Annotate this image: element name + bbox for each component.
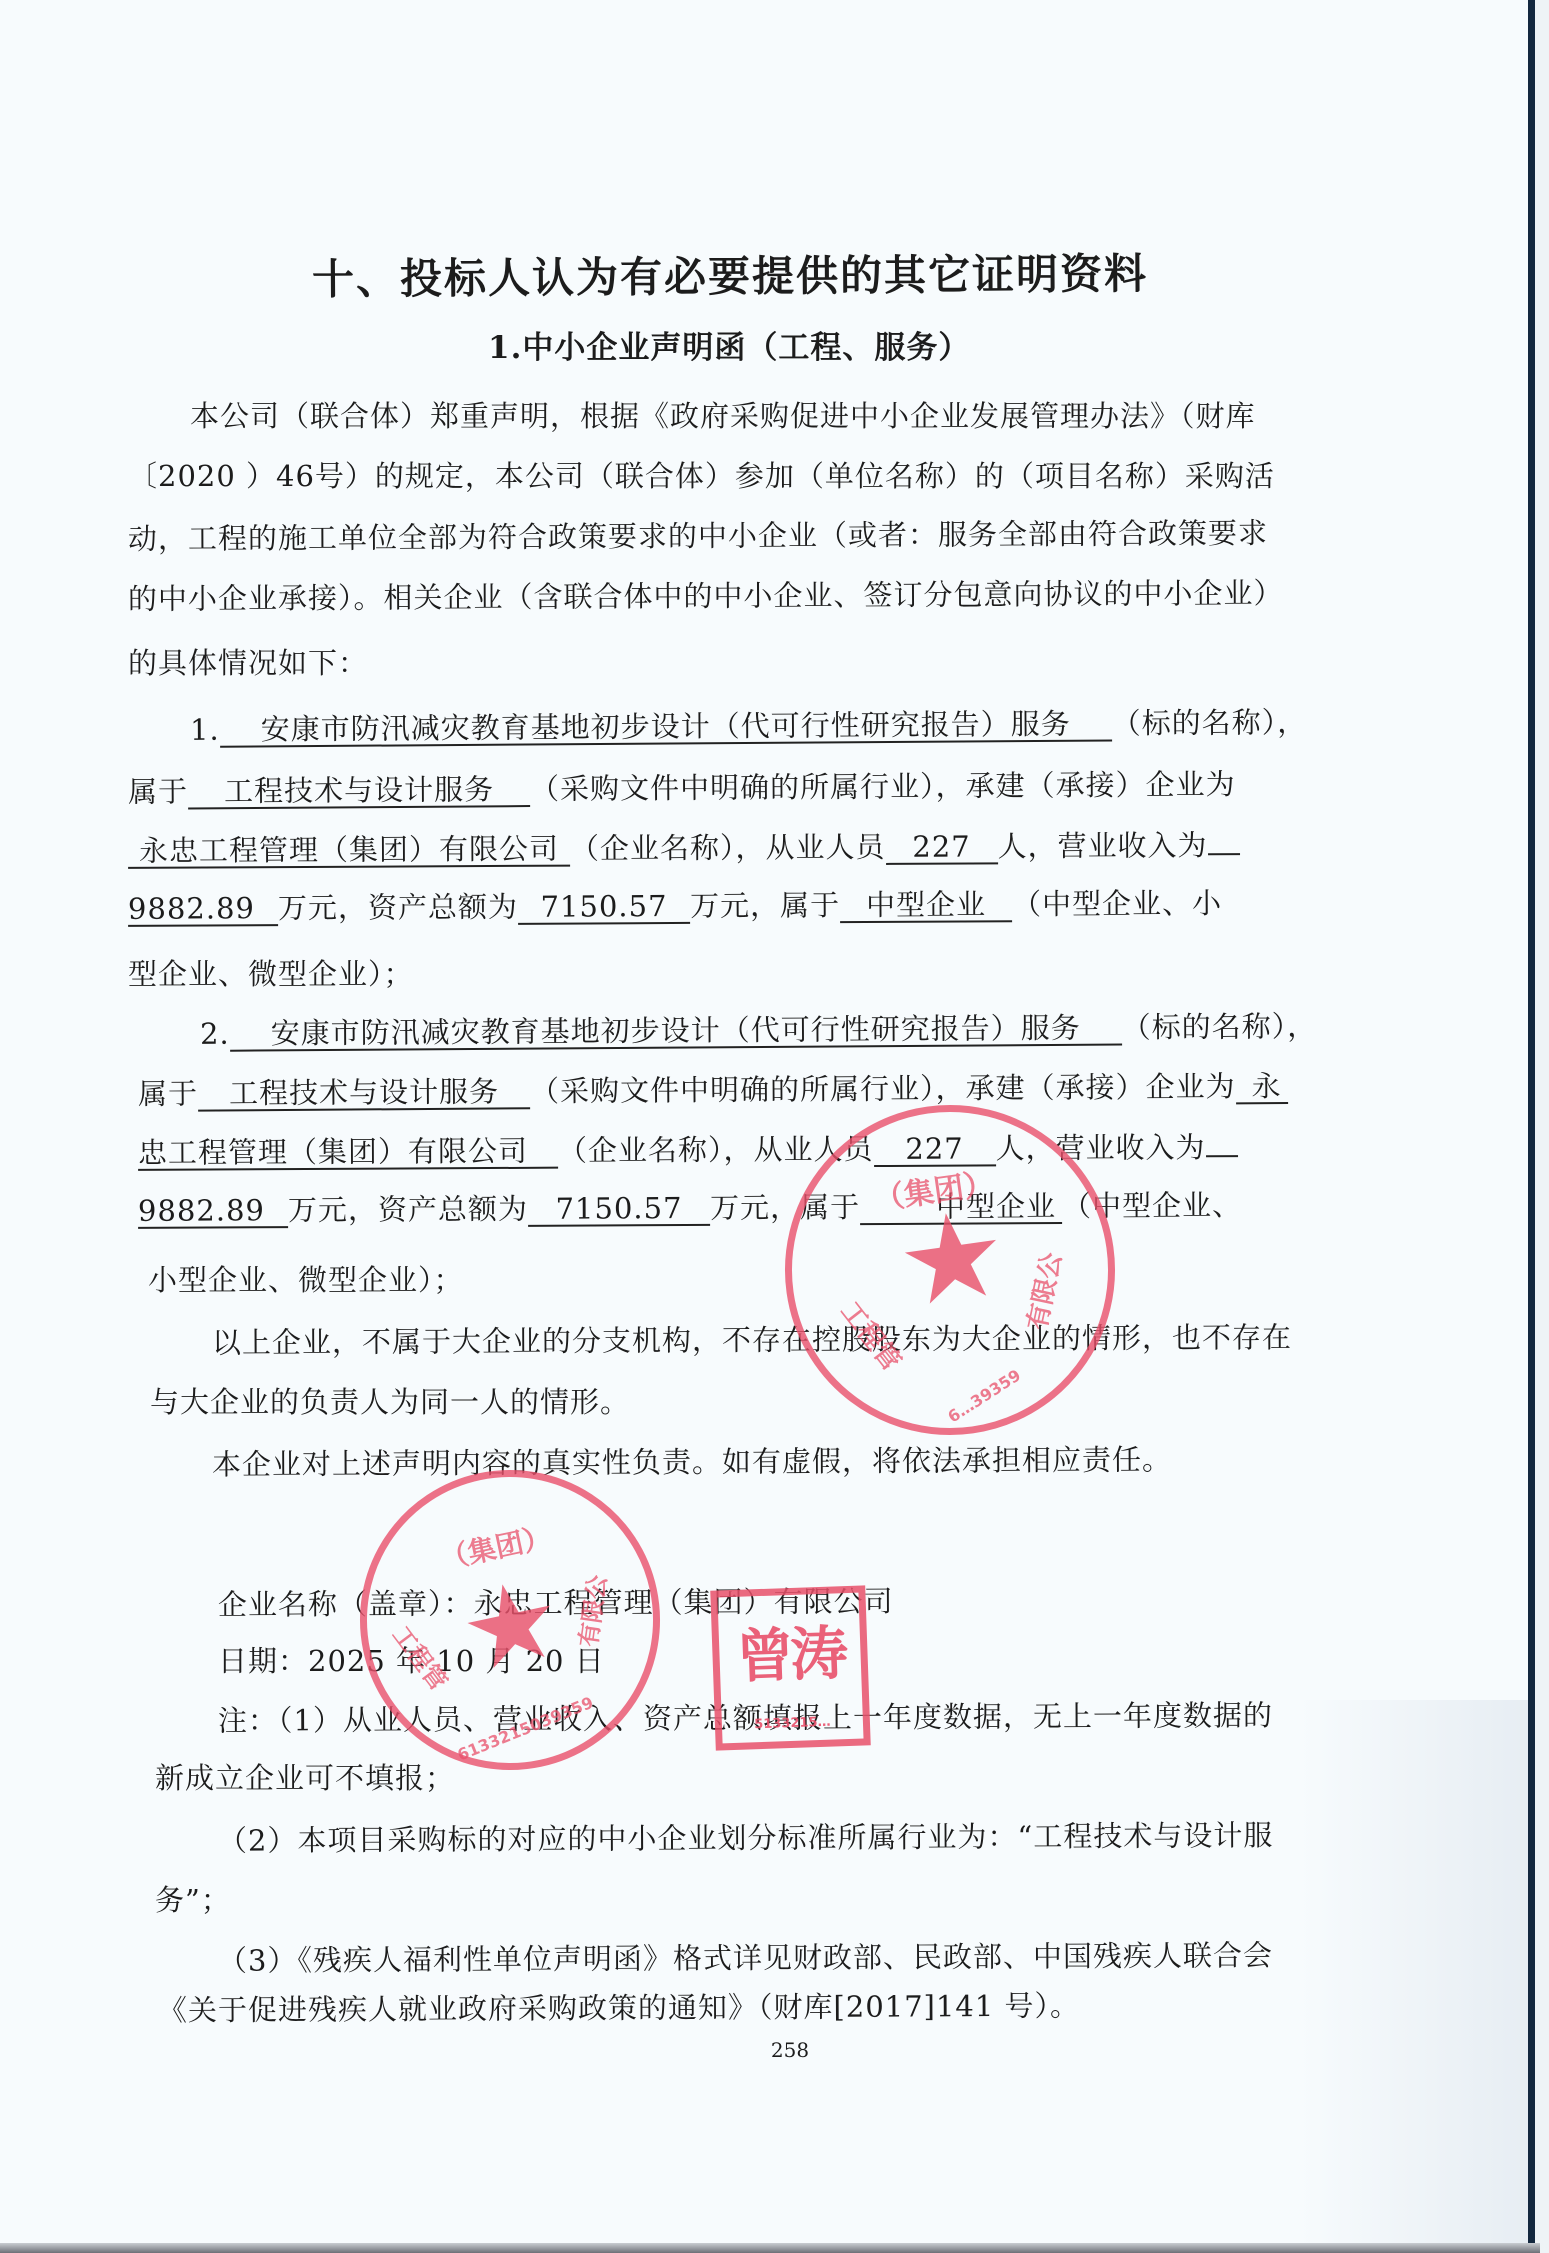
intro-line-3: 动，工程的施工单位全部为符合政策要求的中小企业（或者：服务全部由符合政策要求 [128, 515, 1268, 557]
item-2-company-part1: 永 [1235, 1070, 1287, 1104]
bottom-shadow [0, 2243, 1540, 2253]
personal-seal: 曾涛 5133215… [710, 1585, 870, 1750]
item-1-employees-suffix: 人，营业收入为 [997, 828, 1207, 863]
intro-line-2: 〔2020 ）46号）的规定，本公司（联合体）参加（单位名称）的（项目名称）采购… [128, 458, 1275, 494]
statement-line-3: 本企业对上述声明内容的真实性负责。如有虚假，将依法承担相应责任。 [212, 1441, 1172, 1482]
item-1-assets: 7150.57 [518, 890, 690, 925]
page-edge-line [1528, 0, 1535, 2253]
company-seal-upper: ★ （集团） 工程管 有限公 6…39359 [764, 1084, 1137, 1457]
item-1-number: 1. [190, 713, 220, 747]
item-1-revenue-blank [1208, 853, 1240, 855]
item-2-line-1: 2.安康市防汛减灾教育基地初步设计（代可行性研究报告）服务（标的名称）， [200, 1008, 1317, 1052]
item-1-industry: 工程技术与设计服务 [188, 773, 530, 809]
item-2-revenue-suffix: 万元，资产总额为 [288, 1192, 528, 1227]
note-2-line-2: 务”； [155, 1882, 231, 1918]
item-1-line-5: 型企业、微型企业）； [128, 956, 414, 992]
item-1-employees: 227 [885, 830, 997, 865]
item-2-belongs: 属于 [138, 1077, 198, 1111]
intro-line-1: 本公司（联合体）郑重声明，根据《政府采购促进中小企业发展管理办法》（财库 [190, 398, 1256, 434]
intro-line-4: 的中小企业承接）。相关企业（含联合体中的中小企业、签订分包意向协议的中小企业） [128, 575, 1284, 617]
item-2-project-name: 安康市防汛减灾教育基地初步设计（代可行性研究报告）服务 [230, 1011, 1122, 1051]
note-2-line-1: （2）本项目采购标的对应的中小企业划分标准所属行业为：“工程技术与设计服 [218, 1817, 1273, 1859]
item-2-revenue: 9882.89 [138, 1194, 288, 1229]
item-1-size: 中型企业 [840, 888, 1012, 923]
item-1-project-suffix: （标的名称）， [1112, 705, 1308, 740]
scanner-margin [1535, 0, 1549, 2253]
item-1-company: 永忠工程管理（集团）有限公司 [128, 833, 570, 869]
item-1-line-4: 9882.89万元，资产总额为7150.57万元，属于中型企业（中型企业、小 [128, 885, 1222, 927]
scan-shadow [1300, 1700, 1528, 2243]
section-title: 十、投标人认为有必要提供的其它证明资料 [312, 241, 1132, 307]
item-1-revenue-suffix: 万元，资产总额为 [278, 890, 518, 925]
item-2-industry: 工程技术与设计服务 [198, 1075, 530, 1111]
note-3-line-1: （3）《残疾人福利性单位声明函》格式详见财政部、民政部、中国残疾人联合会 [218, 1937, 1273, 1979]
statement-line-2: 与大企业的负责人为同一人的情形。 [150, 1384, 630, 1420]
page-number: 258 [770, 2038, 810, 2062]
item-1-line-1: 1.安康市防汛减灾教育基地初步设计（代可行性研究报告）服务（标的名称）， [190, 704, 1307, 748]
intro-line-5: 的具体情况如下： [128, 645, 368, 681]
item-1-line-2: 属于工程技术与设计服务（采购文件中明确的所属行业），承建（承接）企业为 [128, 766, 1236, 810]
item-1-assets-suffix: 万元，属于 [690, 888, 840, 923]
item-1-project-name: 安康市防汛减灾教育基地初步设计（代可行性研究报告）服务 [220, 707, 1112, 747]
company-seal-lower: ★ （集团） 工程管 有限公 6133215039359 [332, 1442, 688, 1798]
item-1-revenue: 9882.89 [128, 892, 278, 927]
item-1-company-suffix: （企业名称），从业人员 [570, 830, 886, 866]
item-2-line-2: 属于工程技术与设计服务（采购文件中明确的所属行业），承建（承接）企业为永 [138, 1068, 1288, 1112]
item-2-assets: 7150.57 [528, 1192, 710, 1227]
note-3-line-2: 《关于促进残疾人就业政府采购政策的通知》（财库[2017]141 号）。 [158, 1988, 1080, 2029]
item-2-project-suffix: （标的名称）， [1122, 1009, 1318, 1044]
signature-date-label: 日期： [218, 1644, 308, 1678]
item-1-belongs: 属于 [128, 774, 188, 808]
item-2-number: 2. [200, 1017, 230, 1051]
personal-seal-name: 曾涛 [717, 1593, 862, 1718]
item-1-size-suffix: （中型企业、小 [1012, 886, 1222, 921]
declaration-subtitle: 1.中小企业声明函（工程、服务） [488, 322, 958, 367]
item-2-company-part2: 忠工程管理（集团）有限公司 [138, 1135, 558, 1171]
item-2-industry-suffix: （采购文件中明确的所属行业），承建（承接）企业为 [530, 1069, 1236, 1108]
item-1-line-3: 永忠工程管理（集团）有限公司（企业名称），从业人员227人，营业收入为 [128, 827, 1240, 869]
item-2-revenue-blank [1206, 1155, 1238, 1157]
item-2-line-5: 小型企业、微型企业）； [148, 1262, 464, 1298]
statement-line-1: 以上企业，不属于大企业的分支机构，不存在控股股东为大企业的情形，也不存在 [212, 1319, 1292, 1361]
item-1-industry-suffix: （采购文件中明确的所属行业），承建（承接）企业为 [530, 767, 1236, 806]
